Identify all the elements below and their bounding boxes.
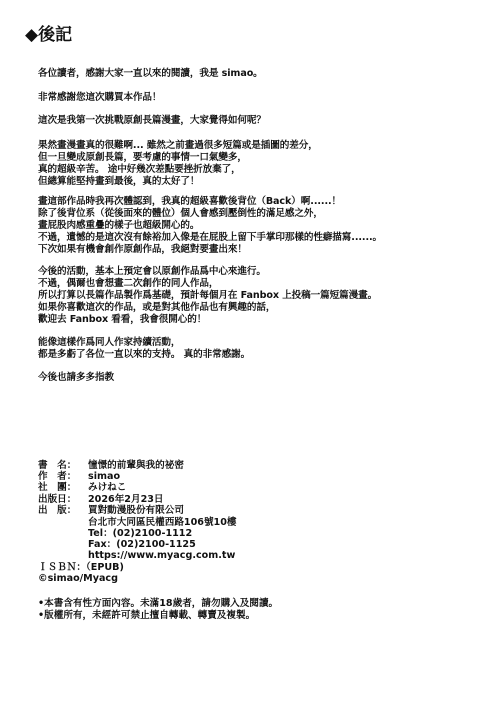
paragraph-line: 真的超級辛苦。 途中好幾次差點要挫折放棄了， <box>38 164 241 176</box>
paragraph-line: 今後的活動，基本上預定會以原創作品爲中心來進行。 <box>38 266 266 278</box>
circle-label: 社 團： <box>38 482 88 493</box>
paragraph-line: 今後也請多多指教 <box>38 372 114 384</box>
paragraph-line: 歡迎去 Fanbox 看看，我會很開心的！ <box>38 314 206 326</box>
paragraph-line: 非常感謝您這次購買本作品！ <box>38 92 161 104</box>
date-label: 出版日： <box>38 494 88 505</box>
publisher-tel: Tel：(02)2100-1112 <box>88 528 192 539</box>
colophon-author: 作 者：simao <box>38 471 120 482</box>
publisher-label: 出 版： <box>38 505 88 516</box>
paragraph-line: 這次是我第一次挑戰原創長篇漫畫，大家覺得如何呢？ <box>38 115 266 127</box>
book-title-label: 書 名： <box>38 460 88 471</box>
paragraph-line: 都是多虧了各位一直以來的支持。 真的非常感謝。 <box>38 349 250 361</box>
publisher-address: 台北市大同區民權西路106號10樓 <box>88 517 237 528</box>
date-value: 2026年2月23日 <box>88 494 164 505</box>
paragraph-line: 除了後背位系（從後面來的體位）個人會感到壓倒性的滿足感之外， <box>38 208 323 220</box>
paragraph-line: 但總算能堅持畫到最後，真的太好了！ <box>38 176 199 188</box>
notice-copyright: •版權所有，未經許可禁止擅自轉載、轉賣及複製。 <box>38 610 255 621</box>
publisher-fax: Fax：(02)2100-1125 <box>88 539 196 550</box>
paragraph-line: 畫屁股肉感重疊的樣子也超級開心的。 <box>38 220 199 232</box>
paragraph-line: 各位讀者，感謝大家一直以來的閱讀，我是 simao。 <box>38 68 263 80</box>
circle-value: みけねこ <box>88 482 126 493</box>
colophon-publisher: 出 版：買對動漫股份有限公司 <box>38 505 184 516</box>
paragraph-line: 果然畫漫畫真的很難啊... 雖然之前畫過很多短篇或是插圖的差分， <box>38 140 318 152</box>
paragraph-line: 能像這樣作爲同人作家持續活動， <box>38 337 180 349</box>
paragraph-line: 下次如果有機會創作原創作品，我絕對要畫出來！ <box>38 244 247 256</box>
publisher-url: https://www.myacg.com.tw <box>88 550 235 561</box>
copyright: ©simao/Myacg <box>38 573 118 584</box>
colophon-book-title: 書 名：憧憬的前輩與我的祕密 <box>38 460 184 471</box>
notice-adult-content: •本書含有性方面內容。未滿18歲者，請勿購入及閱讀。 <box>38 598 278 609</box>
author-label: 作 者： <box>38 471 88 482</box>
author-value: simao <box>88 471 120 482</box>
paragraph-line: 畫這部作品時我再次體認到，我真的超級喜歡後背位（Back）啊......！ <box>38 196 341 208</box>
book-title-value: 憧憬的前輩與我的祕密 <box>88 460 184 471</box>
colophon-circle: 社 團：みけねこ <box>38 482 126 493</box>
publisher-value: 買對動漫股份有限公司 <box>88 505 184 516</box>
page-title: ◆後記 <box>25 20 72 45</box>
colophon-date: 出版日：2026年2月23日 <box>38 494 164 505</box>
paragraph-line: 如果你喜歡這次的作品，或是對其他作品也有興趣的話， <box>38 302 275 314</box>
paragraph-line: 不過，遺憾的是這次沒有餘裕加入像是在屁股上留下手掌印那樣的性癖描寫......。 <box>38 232 382 244</box>
paragraph-line: 所以打算以長篇作品製作爲基礎，預計每個月在 Fanbox 上投稿一篇短篇漫畫。 <box>38 290 377 302</box>
paragraph-line: 不過，偶爾也會想畫二次創作的同人作品， <box>38 278 218 290</box>
paragraph-line: 但一旦變成原創長篇，要考慮的事情一口氣變多， <box>38 152 247 164</box>
isbn: ＩＳＢＮ：（EPUB) <box>38 562 124 573</box>
